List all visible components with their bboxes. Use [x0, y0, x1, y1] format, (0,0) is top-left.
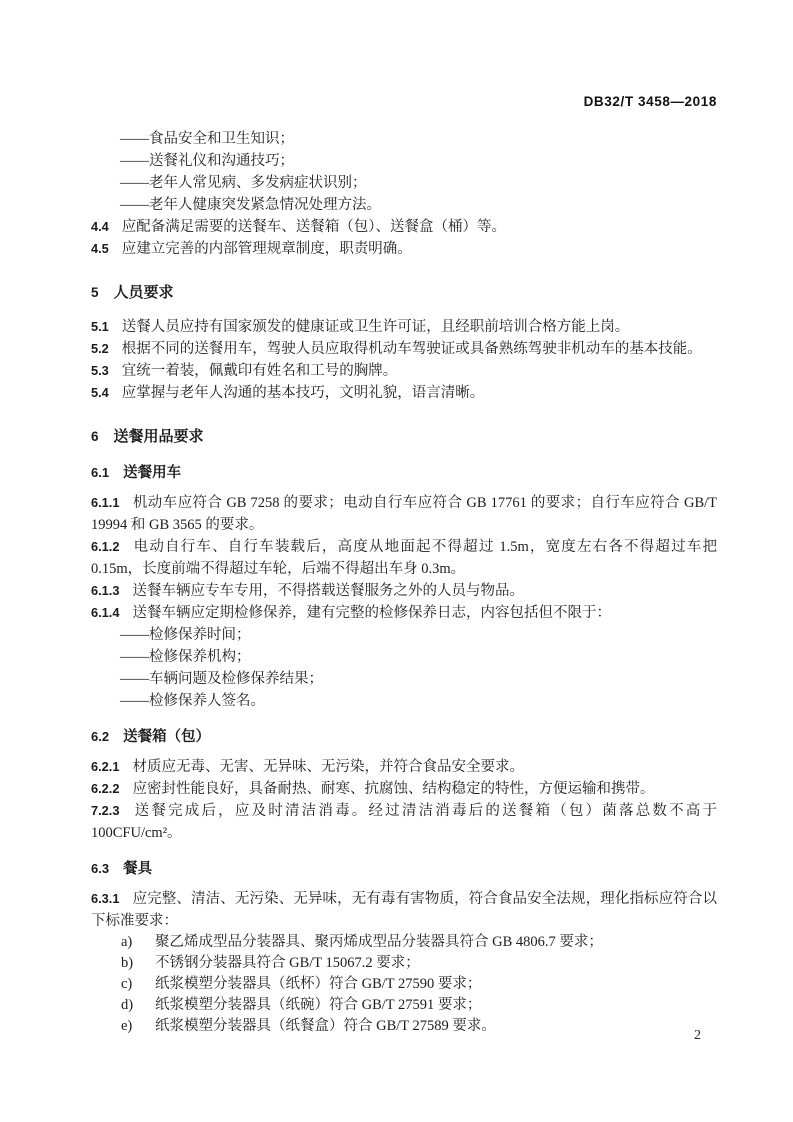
clause-6-1-4: 6.1.4送餐车辆应定期检修保养，建有完整的检修保养日志，内容包括但不限于： — [91, 602, 717, 624]
clause-text: 应掌握与老年人沟通的基本技巧，文明礼貌，语言清晰。 — [122, 385, 485, 401]
letter-label: d) — [121, 995, 155, 1016]
heading-text: 餐具 — [123, 861, 152, 877]
heading-text: 送餐用车 — [123, 465, 181, 481]
heading-section-6: 6送餐用品要求 — [91, 426, 717, 448]
clause-text: 宜统一着装，佩戴印有姓名和工号的胸牌。 — [122, 363, 398, 379]
document-page: DB32/T 3458—2018 ——食品安全和卫生知识； ——送餐礼仪和沟通技… — [0, 0, 793, 1122]
dash-list-item: ——食品安全和卫生知识； — [91, 128, 717, 150]
letter-list-item-a: a)聚乙烯成型品分装器具、聚丙烯成型品分装器具符合 GB 4806.7 要求； — [91, 932, 717, 953]
clause-text: 应建立完善的内部管理规章制度，职责明确。 — [122, 241, 412, 257]
heading-number: 6.3 — [91, 861, 109, 876]
dash-list-item: ——送餐礼仪和沟通技巧； — [91, 150, 717, 172]
clause-text: 应配备满足需要的送餐车、送餐箱（包）、送餐盒（桶）等。 — [122, 219, 506, 235]
letter-text: 不锈钢分装器具符合 GB/T 15067.2 要求； — [155, 955, 420, 971]
clause-7-2-3: 7.2.3送餐完成后，应及时清洁消毒。经过清洁消毒后的送餐箱（包）菌落总数不高于… — [91, 800, 717, 844]
letter-label: b) — [121, 953, 155, 974]
clause-5-4: 5.4应掌握与老年人沟通的基本技巧，文明礼貌，语言清晰。 — [91, 382, 717, 404]
clause-number: 5.1 — [91, 319, 109, 334]
clause-4-5: 4.5应建立完善的内部管理规章制度，职责明确。 — [91, 238, 717, 260]
clause-text: 送餐车辆应专车专用，不得搭载送餐服务之外的人员与物品。 — [132, 583, 524, 599]
clause-6-1-3: 6.1.3送餐车辆应专车专用，不得搭载送餐服务之外的人员与物品。 — [91, 580, 717, 602]
document-body: ——食品安全和卫生知识； ——送餐礼仪和沟通技巧； ——老年人常见病、多发病症状… — [91, 128, 717, 1037]
clause-5-2: 5.2根据不同的送餐用车，驾驶人员应取得机动车驾驶证或具备熟练驾驶非机动车的基本… — [91, 338, 717, 360]
letter-list-item-e: e)纸浆模塑分装器具（纸餐盒）符合 GB/T 27589 要求。 — [91, 1016, 717, 1037]
clause-number: 6.2.1 — [91, 759, 119, 774]
letter-text: 纸浆模塑分装器具（纸杯）符合 GB/T 27590 要求； — [155, 976, 481, 992]
letter-label: a) — [121, 932, 155, 953]
clause-text: 机动车应符合 GB 7258 的要求；电动自行车应符合 GB 17761 的要求… — [91, 495, 717, 533]
letter-label: c) — [121, 974, 155, 995]
heading-text: 送餐用品要求 — [114, 428, 204, 445]
heading-number: 6.1 — [91, 465, 109, 480]
heading-number: 6.2 — [91, 729, 109, 744]
clause-text: 材质应无毒、无害、无异味、无污染，并符合食品安全要求。 — [132, 759, 524, 775]
clause-text: 送餐车辆应定期检修保养，建有完整的检修保养日志，内容包括但不限于： — [132, 605, 611, 621]
clause-6-2-2: 6.2.2应密封性能良好，具备耐热、耐寒、抗腐蚀、结构稳定的特性，方便运输和携带… — [91, 778, 717, 800]
clause-text: 送餐完成后，应及时清洁消毒。经过清洁消毒后的送餐箱（包）菌落总数不高于100CF… — [91, 803, 717, 841]
clause-number: 5.3 — [91, 363, 109, 378]
clause-number: 6.1.4 — [91, 605, 119, 620]
letter-text: 纸浆模塑分装器具（纸碗）符合 GB/T 27591 要求； — [155, 997, 481, 1013]
clause-number: 6.2.2 — [91, 781, 119, 796]
heading-6-1: 6.1送餐用车 — [91, 462, 717, 484]
letter-text: 纸浆模塑分装器具（纸餐盒）符合 GB/T 27589 要求。 — [155, 1018, 496, 1034]
letter-text: 聚乙烯成型品分装器具、聚丙烯成型品分装器具符合 GB 4806.7 要求； — [155, 934, 603, 950]
dash-list-item: ——车辆问题及检修保养结果； — [91, 668, 717, 690]
clause-text: 根据不同的送餐用车，驾驶人员应取得机动车驾驶证或具备熟练驾驶非机动车的基本技能。 — [122, 341, 702, 357]
letter-list-item-d: d)纸浆模塑分装器具（纸碗）符合 GB/T 27591 要求； — [91, 995, 717, 1016]
heading-number: 5 — [91, 285, 99, 300]
clause-6-2-1: 6.2.1材质应无毒、无害、无异味、无污染，并符合食品安全要求。 — [91, 756, 717, 778]
clause-number: 6.1.2 — [91, 539, 119, 554]
letter-label: e) — [121, 1016, 155, 1037]
clause-5-3: 5.3宜统一着装，佩戴印有姓名和工号的胸牌。 — [91, 360, 717, 382]
heading-6-2: 6.2送餐箱（包） — [91, 726, 717, 748]
clause-text: 应密封性能良好，具备耐热、耐寒、抗腐蚀、结构稳定的特性，方便运输和携带。 — [132, 781, 654, 797]
clause-number: 4.4 — [91, 219, 109, 234]
dash-list-item: ——检修保养机构； — [91, 646, 717, 668]
clause-5-1: 5.1送餐人员应持有国家颁发的健康证或卫生许可证，且经职前培训合格方能上岗。 — [91, 316, 717, 338]
clause-number: 4.5 — [91, 241, 109, 256]
heading-6-3: 6.3餐具 — [91, 858, 717, 880]
dash-list-item: ——老年人健康突发紧急情况处理方法。 — [91, 194, 717, 216]
clause-6-1-2: 6.1.2电动自行车、自行车装载后，高度从地面起不得超过 1.5m，宽度左右各不… — [91, 536, 717, 580]
clause-text: 应完整、清洁、无污染、无异味，无有毒有害物质，符合食品安全法规，理化指标应符合以… — [91, 891, 717, 929]
heading-text: 送餐箱（包） — [123, 729, 210, 745]
dash-list-item: ——检修保养时间； — [91, 624, 717, 646]
heading-text: 人员要求 — [114, 284, 174, 301]
clause-6-3-1: 6.3.1应完整、清洁、无污染、无异味，无有毒有害物质，符合食品安全法规，理化指… — [91, 888, 717, 932]
letter-list-item-c: c)纸浆模塑分装器具（纸杯）符合 GB/T 27590 要求； — [91, 974, 717, 995]
clause-number: 6.1.3 — [91, 583, 119, 598]
clause-number: 7.2.3 — [91, 803, 119, 818]
dash-list-item: ——检修保养人签名。 — [91, 690, 717, 712]
clause-text: 电动自行车、自行车装载后，高度从地面起不得超过 1.5m，宽度左右各不得超过车把… — [91, 539, 717, 577]
heading-number: 6 — [91, 429, 99, 444]
letter-list-item-b: b)不锈钢分装器具符合 GB/T 15067.2 要求； — [91, 953, 717, 974]
clause-6-1-1: 6.1.1机动车应符合 GB 7258 的要求；电动自行车应符合 GB 1776… — [91, 492, 717, 536]
clause-number: 5.4 — [91, 385, 109, 400]
clause-number: 6.1.1 — [91, 495, 119, 510]
document-number-header: DB32/T 3458—2018 — [584, 94, 717, 109]
clause-number: 5.2 — [91, 341, 109, 356]
clause-4-4: 4.4应配备满足需要的送餐车、送餐箱（包）、送餐盒（桶）等。 — [91, 216, 717, 238]
page-number: 2 — [694, 1028, 701, 1044]
heading-section-5: 5人员要求 — [91, 282, 717, 304]
clause-number: 6.3.1 — [91, 891, 119, 906]
clause-text: 送餐人员应持有国家颁发的健康证或卫生许可证，且经职前培训合格方能上岗。 — [122, 319, 630, 335]
dash-list-item: ——老年人常见病、多发病症状识别； — [91, 172, 717, 194]
